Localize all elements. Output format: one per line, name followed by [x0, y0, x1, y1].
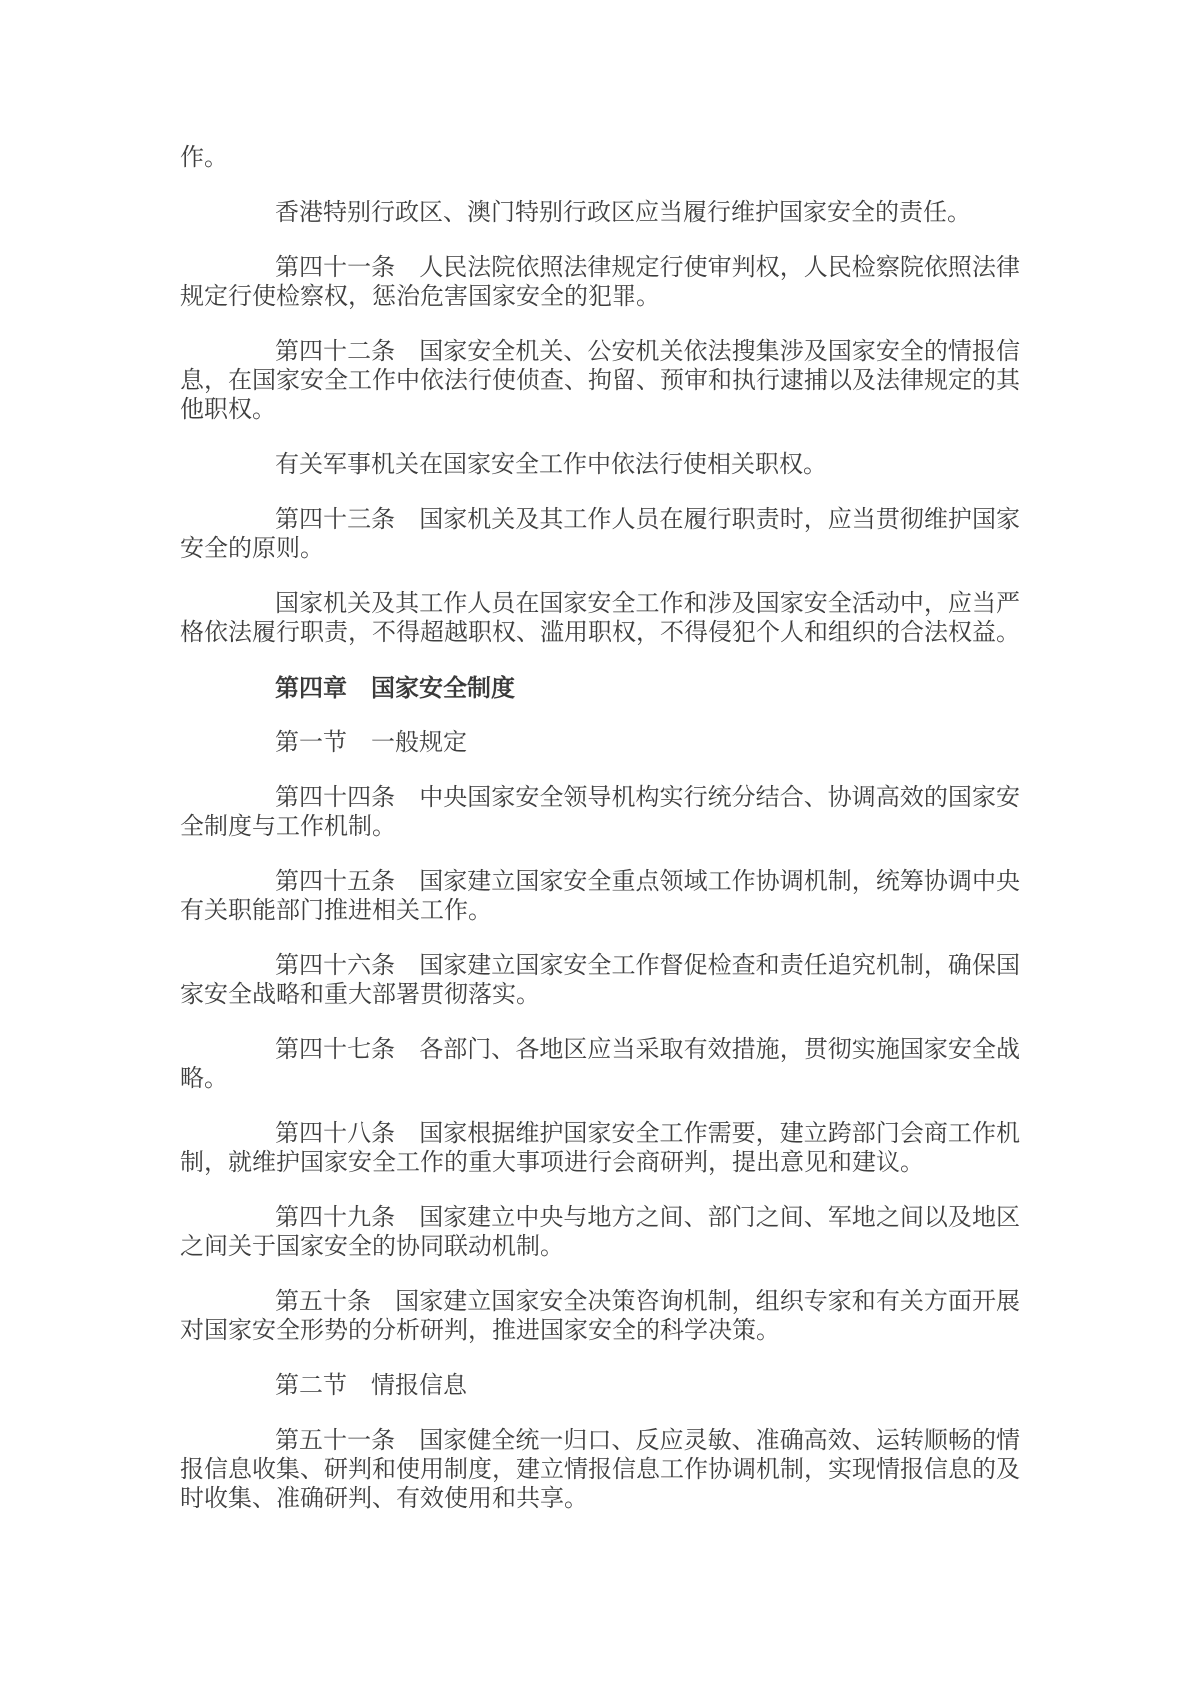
body-paragraph: 第四十三条 国家机关及其工作人员在履行职责时，应当贯彻维护国家安全的原则。 [180, 506, 1020, 564]
body-paragraph: 第四十九条 国家建立中央与地方之间、部门之间、军地之间以及地区之间关于国家安全的… [180, 1204, 1020, 1262]
body-paragraph: 第四十四条 中央国家安全领导机构实行统分结合、协调高效的国家安全制度与工作机制。 [180, 784, 1020, 842]
body-paragraph: 作。 [180, 144, 1020, 173]
chapter-heading: 第四章 国家安全制度 [180, 674, 1020, 703]
section-heading: 第一节 一般规定 [180, 729, 1020, 758]
body-paragraph: 香港特别行政区、澳门特别行政区应当履行维护国家安全的责任。 [180, 199, 1020, 228]
body-paragraph: 第四十六条 国家建立国家安全工作督促检查和责任追究机制，确保国家安全战略和重大部… [180, 952, 1020, 1010]
document-page: 作。香港特别行政区、澳门特别行政区应当履行维护国家安全的责任。第四十一条 人民法… [0, 0, 1191, 1684]
body-paragraph: 第四十五条 国家建立国家安全重点领域工作协调机制，统筹协调中央有关职能部门推进相… [180, 868, 1020, 926]
body-paragraph: 第五十条 国家建立国家安全决策咨询机制，组织专家和有关方面开展对国家安全形势的分… [180, 1288, 1020, 1346]
body-paragraph: 第四十一条 人民法院依照法律规定行使审判权，人民检察院依照法律规定行使检察权，惩… [180, 254, 1020, 312]
body-paragraph: 国家机关及其工作人员在国家安全工作和涉及国家安全活动中，应当严格依法履行职责，不… [180, 590, 1020, 648]
body-paragraph: 第四十七条 各部门、各地区应当采取有效措施，贯彻实施国家安全战略。 [180, 1036, 1020, 1094]
body-paragraph: 第五十一条 国家健全统一归口、反应灵敏、准确高效、运转顺畅的情报信息收集、研判和… [180, 1427, 1020, 1514]
body-paragraph: 第四十八条 国家根据维护国家安全工作需要，建立跨部门会商工作机制，就维护国家安全… [180, 1120, 1020, 1178]
section-heading: 第二节 情报信息 [180, 1372, 1020, 1401]
body-paragraph: 有关军事机关在国家安全工作中依法行使相关职权。 [180, 451, 1020, 480]
body-paragraph: 第四十二条 国家安全机关、公安机关依法搜集涉及国家安全的情报信息，在国家安全工作… [180, 338, 1020, 425]
document-body: 作。香港特别行政区、澳门特别行政区应当履行维护国家安全的责任。第四十一条 人民法… [180, 144, 1020, 1514]
